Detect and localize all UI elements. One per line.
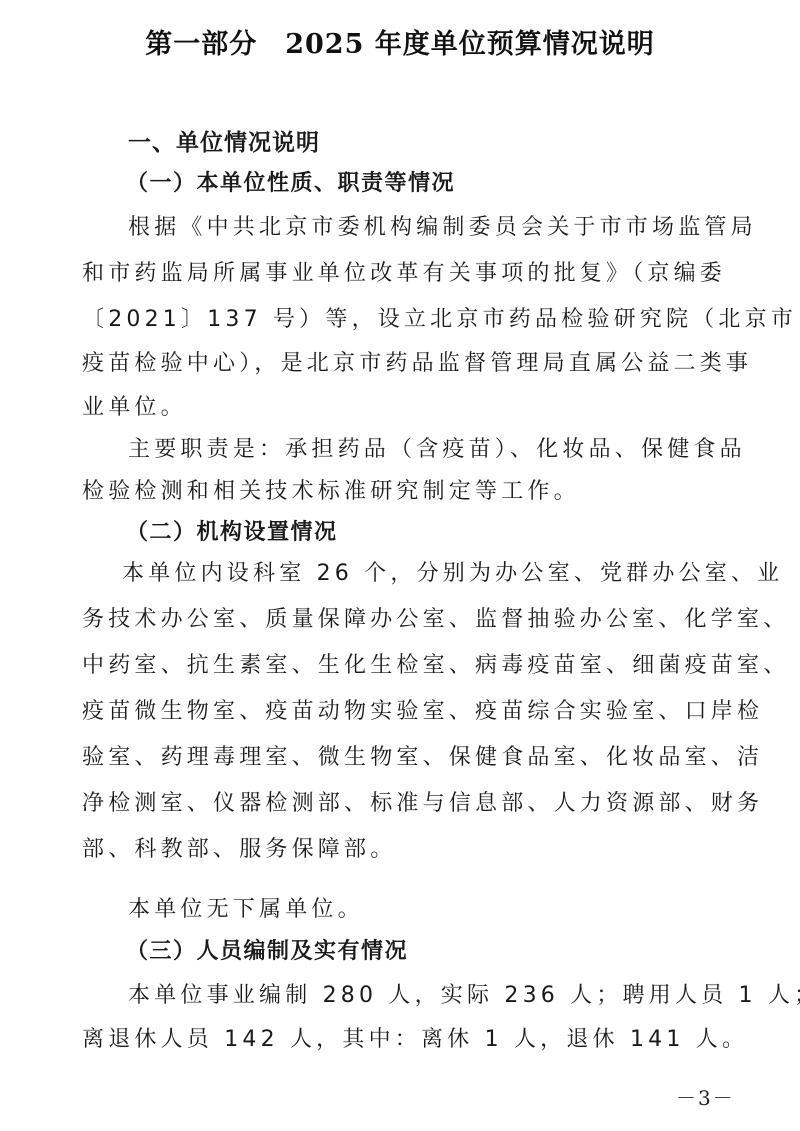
paragraph-line: 本单位内设科室 26 个，分别为办公室、党群办公室、业	[122, 556, 783, 587]
paragraph-line: 根据《中共北京市委机构编制委员会关于市市场监管局	[128, 210, 757, 241]
paragraph-line: 疫苗检验中心），是北京市药品监督管理局直属公益二类事	[82, 346, 752, 377]
paragraph-line: 本单位无下属单位。	[128, 892, 364, 923]
paragraph-line: 主要职责是：承担药品（含疫苗）、化妆品、保健食品	[128, 432, 746, 463]
subsection-heading: （二）机构设置情况	[126, 515, 338, 546]
document-page: 第一部分 2025 年度单位预算情况说明 一、单位情况说明 （一）本单位性质、职…	[0, 0, 800, 1131]
paragraph-line: 务技术办公室、质量保障办公室、监督抽验办公室、化学室、	[82, 602, 789, 633]
paragraph-line: 净检测室、仪器检测部、标准与信息部、人力资源部、财务	[82, 786, 763, 817]
page-number: －3－	[676, 1082, 735, 1111]
paragraph-line: 〔2021〕137 号）等，设立北京市药品检验研究院（北京市	[82, 302, 797, 333]
paragraph-line: 和市药监局所属事业单位改革有关事项的批复》（京编委	[82, 256, 726, 287]
subsection-heading: （一）本单位性质、职责等情况	[126, 166, 455, 197]
paragraph-line: 离退休人员 142 人，其中：离休 1 人，退休 141 人。	[82, 1022, 748, 1053]
page-title: 第一部分 2025 年度单位预算情况说明	[0, 22, 800, 61]
paragraph-line: 中药室、抗生素室、生化生检室、病毒疫苗室、细菌疫苗室、	[82, 648, 789, 679]
paragraph-line: 本单位事业编制 280 人，实际 236 人；聘用人员 1 人；	[128, 978, 800, 1009]
paragraph-line: 业单位。	[82, 390, 187, 421]
paragraph-line: 疫苗微生物室、疫苗动物实验室、疫苗综合实验室、口岸检	[82, 694, 763, 725]
subsection-heading: （三）人员编制及实有情况	[126, 934, 408, 965]
paragraph-line: 部、科教部、服务保障部。	[82, 832, 396, 863]
paragraph-line: 检验检测和相关技术标准研究制定等工作。	[82, 474, 580, 505]
section-heading: 一、单位情况说明	[128, 124, 320, 157]
paragraph-line: 验室、药理毒理室、微生物室、保健食品室、化妆品室、洁	[82, 740, 763, 771]
